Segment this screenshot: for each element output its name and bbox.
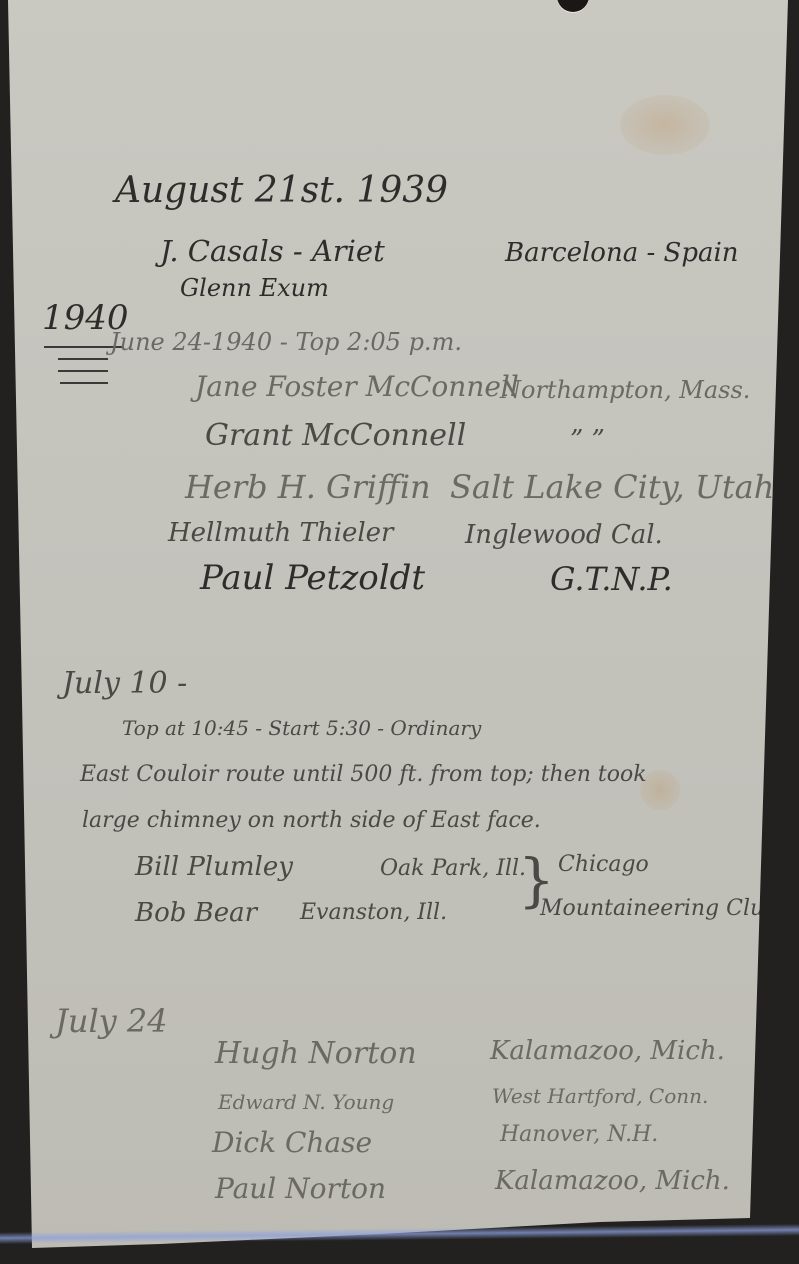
- signature-place: Kalamazoo, Mich.: [490, 1036, 725, 1066]
- signature-place: Evanston, Ill.: [300, 900, 447, 925]
- signature-place: West Hartford, Conn.: [492, 1084, 708, 1108]
- signature-name: Hugh Norton: [215, 1036, 417, 1071]
- signature-name: Bob Bear: [135, 898, 257, 928]
- signature-name: Hellmuth Thieler: [168, 518, 393, 548]
- signature-name: J. Casals - Ariet: [160, 234, 385, 268]
- entry-date: August 21st. 1939: [115, 170, 448, 211]
- signature-place: Barcelona - Spain: [505, 238, 739, 268]
- entry-note: Top at 10:45 - Start 5:30 - Ordinary: [122, 716, 481, 740]
- underline: [58, 358, 108, 360]
- entry-note: large chimney on north side of East face…: [82, 808, 541, 833]
- signature-name: Dick Chase: [212, 1126, 372, 1159]
- entry-date: June 24-1940 - Top 2:05 p.m.: [110, 328, 462, 356]
- signature-place: Kalamazoo, Mich.: [495, 1166, 730, 1196]
- signature-name: Jane Foster McConnell: [195, 370, 519, 403]
- entry-note: East Couloir route until 500 ft. from to…: [80, 762, 647, 787]
- underline: [60, 382, 108, 384]
- signature-place: Inglewood Cal.: [465, 520, 663, 550]
- signature-name: Paul Petzoldt: [200, 558, 425, 598]
- entry-date: July 24: [55, 1002, 168, 1040]
- signature-place: Oak Park, Ill.: [380, 856, 526, 881]
- signature-place: G.T.N.P.: [550, 560, 673, 598]
- signature-place: ” ”: [570, 425, 605, 455]
- signature-name: Glenn Exum: [180, 274, 329, 302]
- signature-place: Hanover, N.H.: [500, 1122, 658, 1147]
- signature-name: Herb H. Griffin: [185, 468, 431, 506]
- signature-name: Edward N. Young: [218, 1090, 394, 1114]
- register-page: August 21st. 1939 J. Casals - Ariet Barc…: [0, 0, 799, 1264]
- stain: [620, 95, 710, 155]
- group-note: Chicago: [558, 852, 649, 877]
- signature-place: Northampton, Mass.: [500, 376, 750, 404]
- entry-date: July 10 -: [62, 666, 187, 701]
- signature-name: Grant McConnell: [205, 418, 466, 453]
- signature-place: Salt Lake City, Utah: [450, 468, 774, 506]
- signature-name: Paul Norton: [215, 1172, 386, 1205]
- underline: [58, 370, 108, 372]
- group-note: Mountaineering Club: [540, 896, 778, 921]
- signature-name: Bill Plumley: [135, 852, 293, 882]
